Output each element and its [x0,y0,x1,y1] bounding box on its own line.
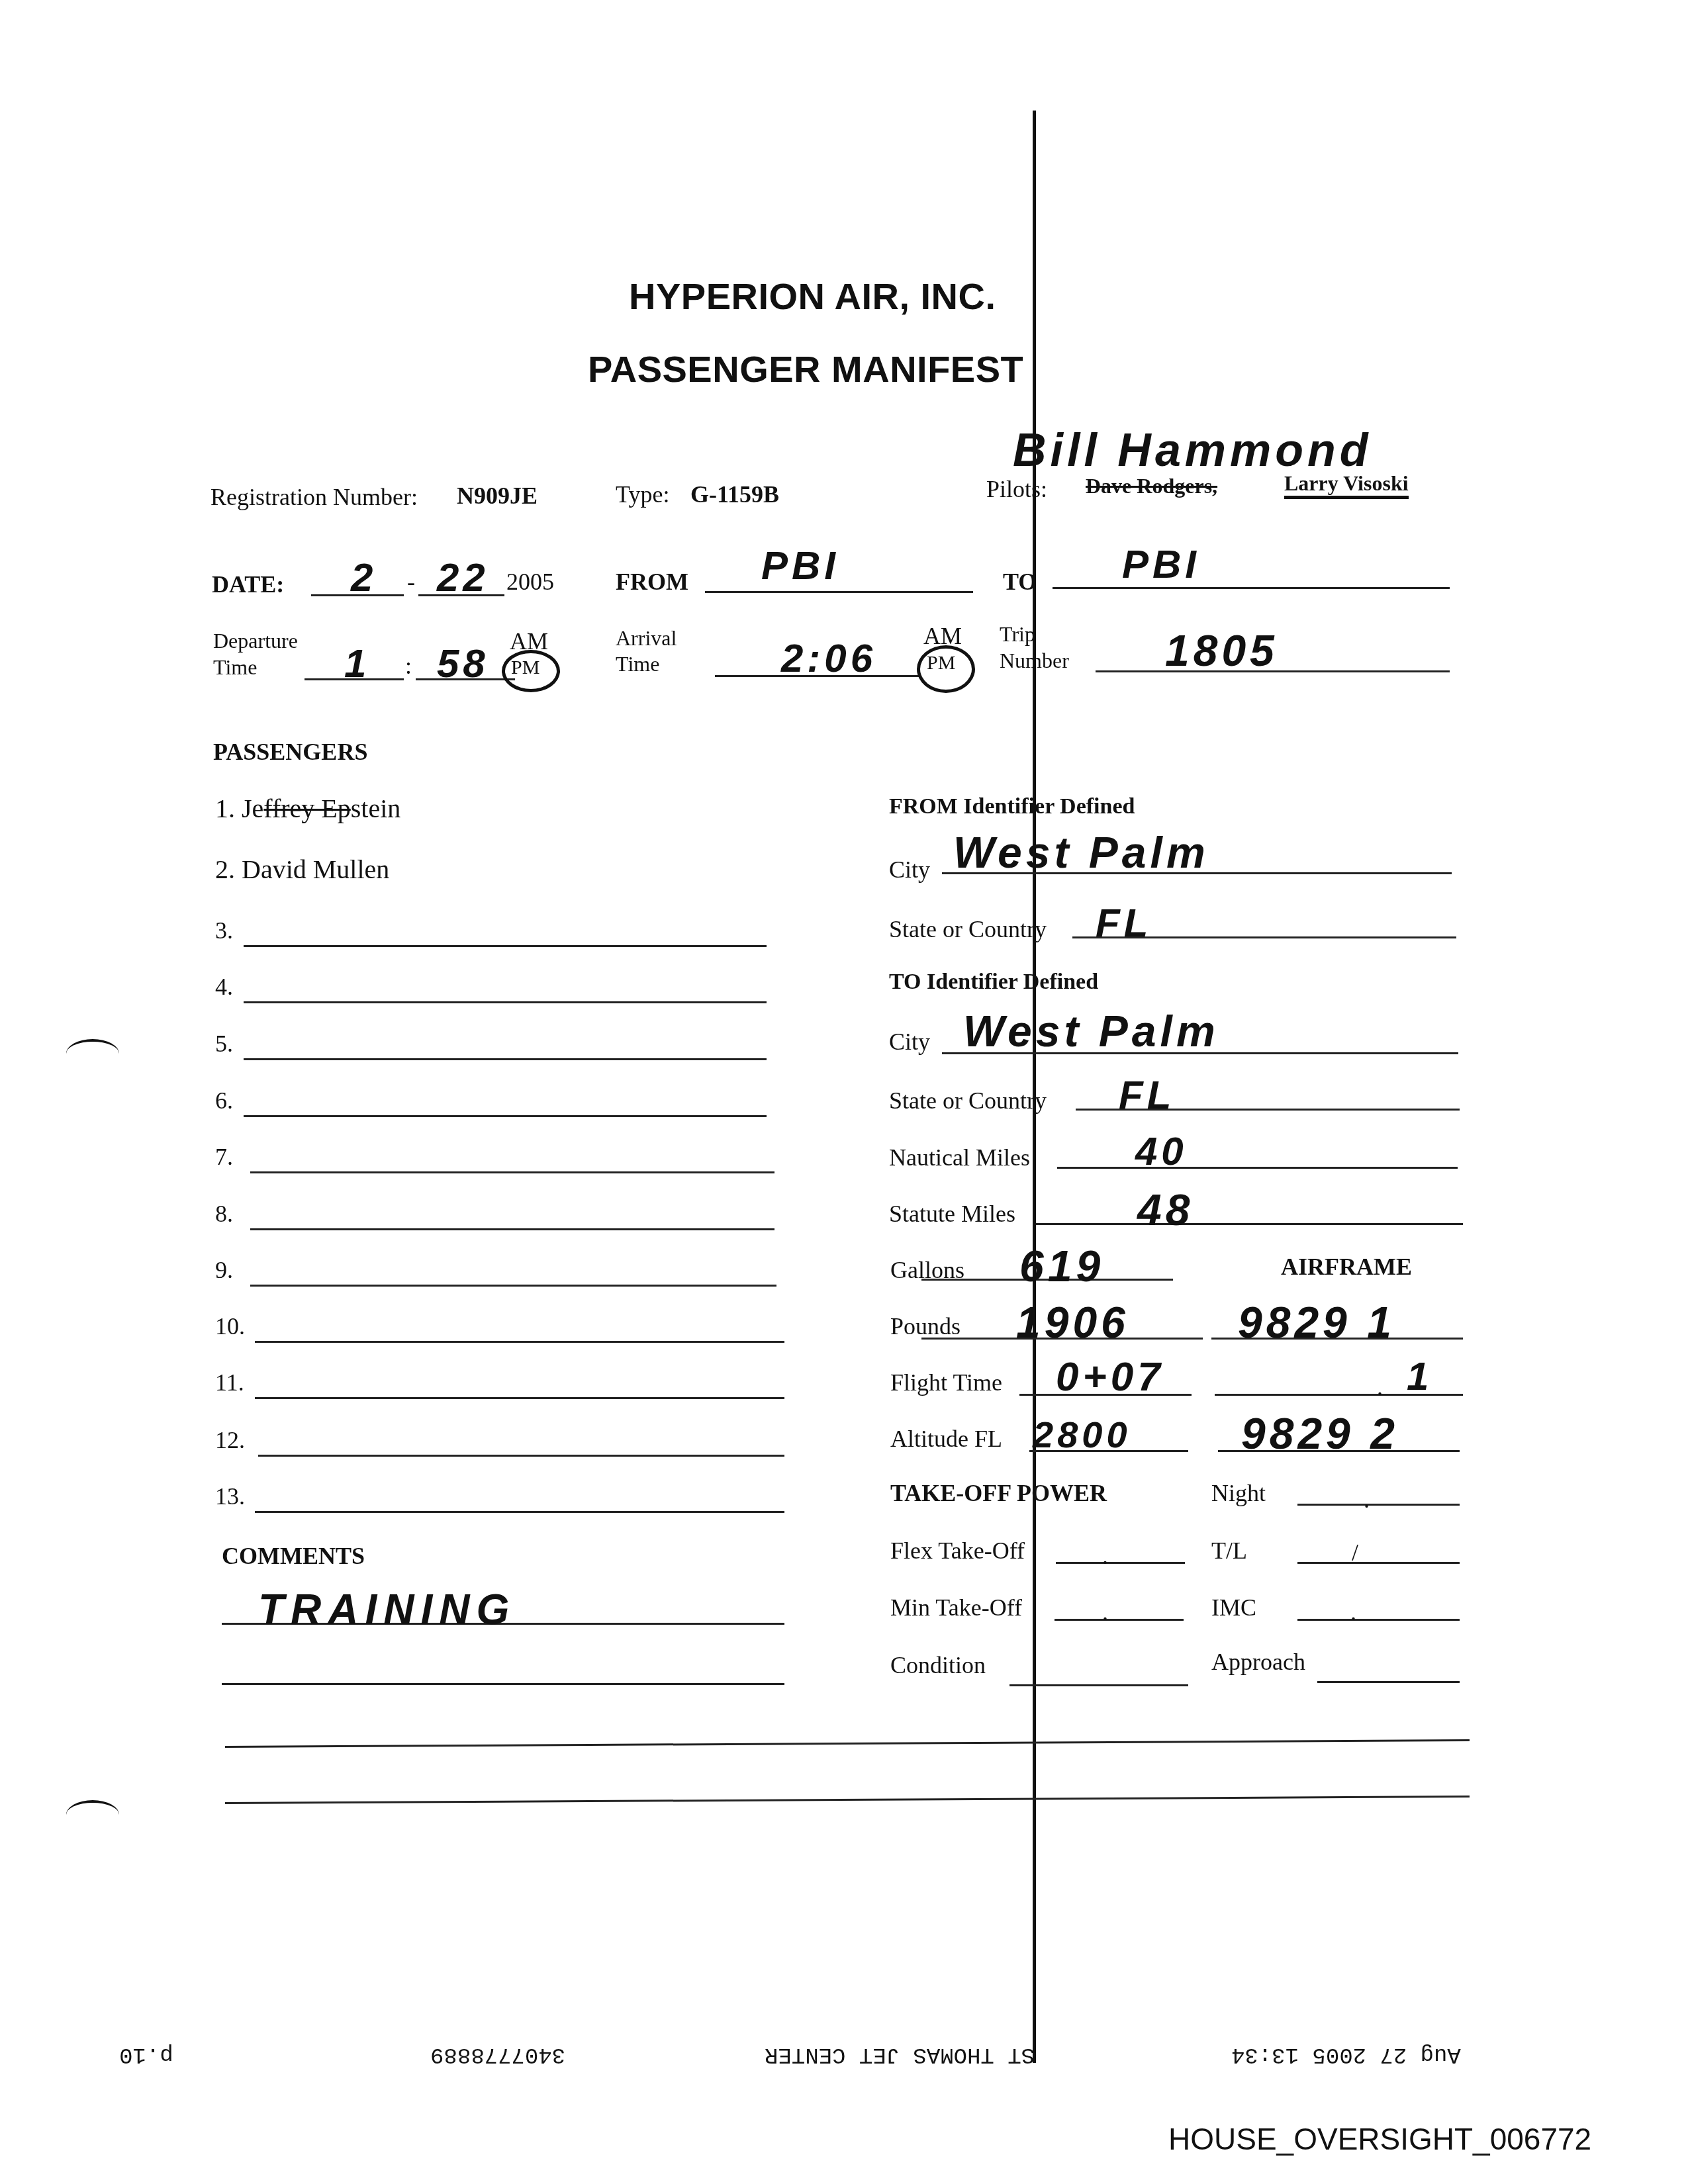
min-takeoff-label: Min Take-Off [890,1594,1022,1621]
altitude-label: Altitude FL [890,1425,1002,1453]
punch-hole-mark [66,1800,119,1829]
pilot-struck-name: Dave Rodgers, [1086,474,1217,498]
departure-pm-circled [502,650,560,692]
flex-takeoff-label: Flex Take-Off [890,1537,1025,1565]
passenger-row-6-num: 6. [215,1087,233,1115]
registration-value: N909JE [457,482,538,510]
imc-line [1297,1619,1460,1621]
min-takeoff-line [1055,1619,1184,1621]
to-city-value: West Palm [963,1006,1219,1056]
passenger-row-6-line [244,1115,767,1117]
date-month: 2 [351,555,377,600]
comments-line-2 [222,1683,784,1685]
passenger-row-12-num: 12. [215,1426,245,1454]
statute-miles-line [1036,1223,1463,1225]
fax-sender: ST THOMAS JET CENTER [765,2042,1035,2067]
passenger-row-8-num: 8. [215,1200,233,1228]
passenger-row-13-line [255,1511,784,1513]
comments-heading: COMMENTS [222,1542,365,1570]
departure-label-1: Departure [213,629,298,653]
passenger-row-3-line [244,945,767,947]
pilot-handwritten-name: Bill Hammond [1013,424,1372,477]
night-line [1297,1504,1460,1506]
passenger-row-4-num: 4. [215,973,233,1001]
nautical-miles-line [1057,1167,1458,1169]
airframe-row-3: 9829 2 [1241,1408,1399,1459]
passenger-row-10-line [255,1341,784,1343]
passenger-row-10-num: 10. [215,1312,245,1340]
type-value: G-1159B [690,480,779,508]
pounds-value: 1906 [1016,1297,1129,1347]
date-label: DATE: [212,570,284,598]
passenger-row-7-line [250,1171,774,1173]
to-state-value: FL [1119,1072,1175,1118]
bates-number: HOUSE_OVERSIGHT_006772 [1168,2121,1591,2157]
tl-line [1297,1562,1460,1564]
condition-line [1009,1684,1188,1686]
passenger-row-11-num: 11. [215,1369,244,1396]
from-state-value: FL [1096,900,1152,946]
passenger-row-8-line [250,1228,774,1230]
tl-label: T/L [1211,1537,1247,1565]
approach-line [1317,1681,1460,1683]
comments-value: TRAINING [258,1585,516,1634]
from-label: FROM [616,568,688,596]
date-year: 2005 [506,568,554,596]
passenger-row-11-line [255,1397,784,1399]
flex-takeoff-line [1056,1562,1185,1564]
to-city-label: City [889,1028,930,1056]
from-state-label: State or Country [889,915,1047,943]
comments-line-3 [225,1739,1470,1748]
trip-label-1: Trip [1000,622,1035,647]
flight-time-value: 0+07 [1056,1353,1164,1400]
to-state-label: State or Country [889,1087,1047,1115]
altitude-value: 2800 [1033,1413,1131,1456]
from-identifier-heading: FROM Identifier Defined [889,794,1135,819]
to-value: PBI [1122,541,1200,587]
airframe-heading: AIRFRAME [1281,1253,1412,1281]
statute-miles-value: 48 [1137,1185,1194,1235]
passenger-row-9-num: 9. [215,1256,233,1284]
passenger-row-5-line [244,1058,767,1060]
arrival-pm-circled [917,645,975,693]
flight-time-label: Flight Time [890,1369,1002,1396]
from-city-value: West Palm [953,827,1209,878]
to-label: TO [1003,568,1037,596]
approach-label: Approach [1211,1648,1305,1676]
airframe-row-2-sep: . [1377,1373,1383,1401]
nautical-miles-value: 40 [1135,1128,1188,1174]
passenger-row-3-num: 3. [215,917,233,944]
nautical-miles-label: Nautical Miles [889,1144,1030,1171]
registration-label: Registration Number: [211,483,418,511]
fax-phone-number: 3407778889 [430,2042,565,2067]
condition-label: Condition [890,1651,986,1679]
punch-hole-mark [66,1039,119,1068]
passenger-row-12-line [258,1455,784,1457]
from-city-label: City [889,856,930,884]
company-name: HYPERION AIR, INC. [629,275,996,318]
passenger-row-5-num: 5. [215,1030,233,1058]
arrival-value: 2:06 [781,635,876,681]
pounds-label: Pounds [890,1312,961,1340]
arrival-label-2: Time [616,652,659,676]
imc-label: IMC [1211,1594,1256,1621]
departure-hour: 1 [344,641,370,686]
passenger-row-4-line [244,1001,767,1003]
arrival-label-1: Arrival [616,626,677,651]
trip-number: 1805 [1165,625,1278,676]
passenger-row-2: 2. David Mullen [215,854,389,885]
departure-minute: 58 [437,641,489,686]
passengers-heading: PASSENGERS [213,738,367,766]
passenger-row-1: 1. Jeffrey Epstein [215,793,400,824]
passenger-row-7-num: 7. [215,1143,233,1171]
gallons-value: 619 [1019,1241,1104,1291]
comments-line-4 [225,1796,1470,1804]
passenger-row-13-num: 13. [215,1482,245,1510]
statute-miles-label: Statute Miles [889,1200,1015,1228]
departure-label-2: Time [213,655,257,680]
to-identifier-heading: TO Identifier Defined [889,970,1098,995]
takeoff-power-heading: TAKE-OFF POWER [890,1479,1107,1507]
date-day: 22 [437,555,489,600]
trip-label-2: Number [1000,649,1069,673]
airframe-row-1: 9829 1 [1238,1297,1395,1347]
pilots-label: Pilots: [986,475,1047,503]
fax-datetime: Aug 27 2005 13:34 [1231,2042,1461,2067]
type-label: Type: [616,480,669,508]
fax-page-number: p.10 [119,2042,173,2067]
airframe-row-2: 1 [1407,1353,1432,1399]
night-label: Night [1211,1479,1266,1507]
from-value: PBI [761,543,839,588]
passenger-row-9-line [250,1285,776,1287]
form-title: PASSENGER MANIFEST [588,347,1023,390]
